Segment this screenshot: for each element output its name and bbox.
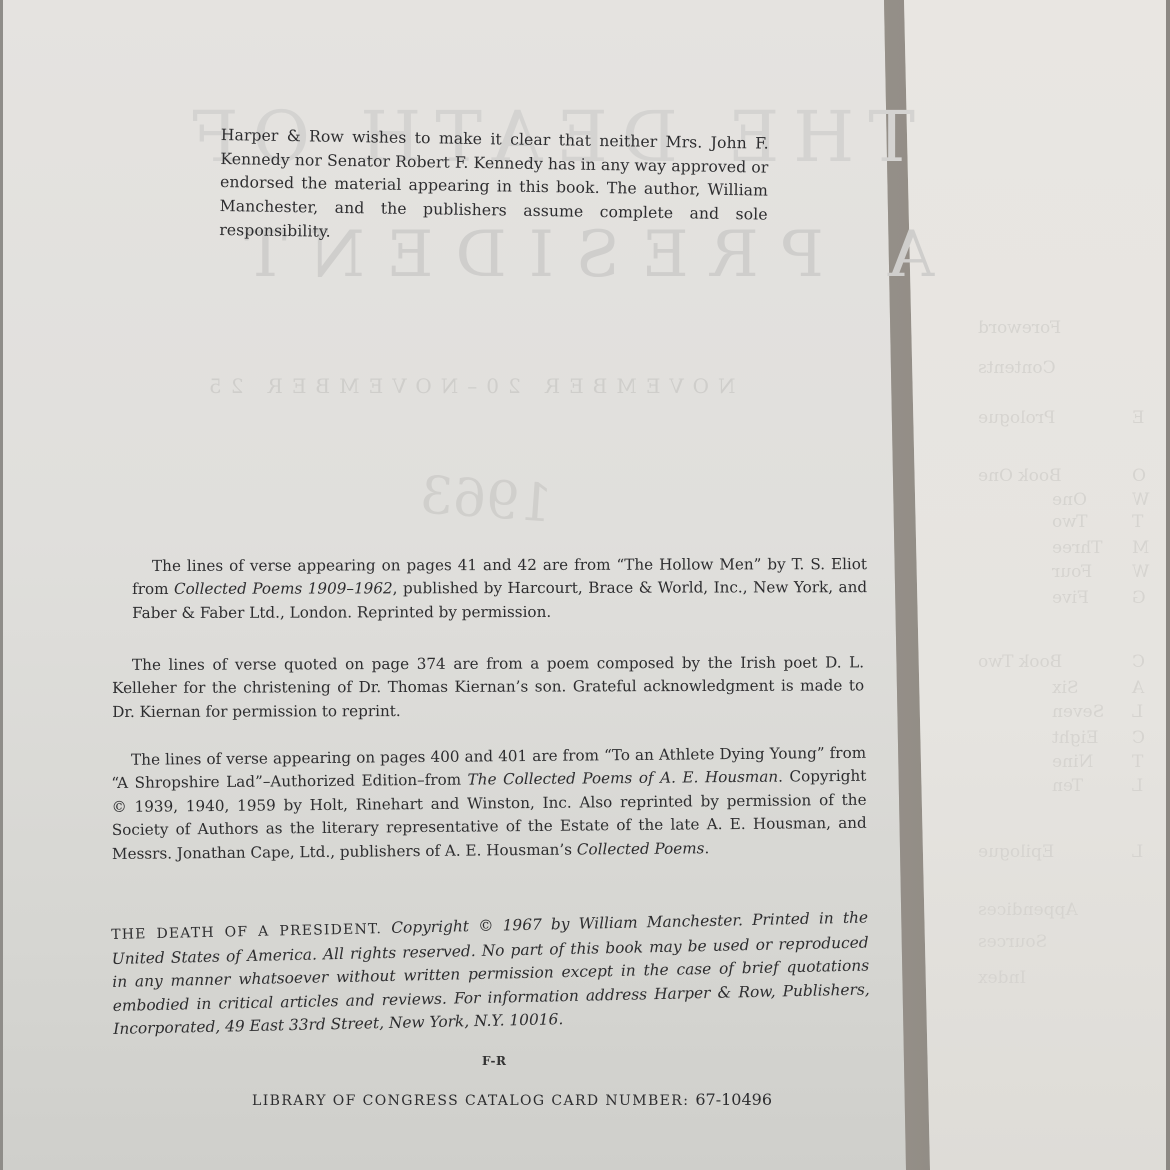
bleed-through-contents-item: Five <box>1052 588 1089 608</box>
credit-eliot-book: Collected Poems 1909–1962 <box>174 580 393 599</box>
bleed-through-contents-title: O <box>1132 466 1146 486</box>
bleed-through-contents-item: One <box>1052 490 1087 510</box>
bleed-through-contents-item: Foreword <box>978 318 1061 338</box>
bleed-through-contents-item: Three <box>1052 538 1103 558</box>
library-of-congress-number: LIBRARY OF CONGRESS CATALOG CARD NUMBER:… <box>252 1090 772 1109</box>
publisher-disclaimer: Harper & Row wishes to make it clear tha… <box>219 124 769 251</box>
bleed-through-contents-item: Appendices <box>978 900 1078 920</box>
lccn-label: LIBRARY OF CONGRESS CATALOG CARD NUMBER: <box>252 1093 689 1109</box>
bleed-through-contents-item: Book One <box>978 466 1062 486</box>
credit-housman: The lines of verse appearing on pages 40… <box>111 742 867 866</box>
bleed-through-contents-item: Index <box>978 968 1026 988</box>
bleed-through-contents-title: M <box>1132 538 1149 558</box>
bleed-through-contents-title: T <box>1132 512 1143 532</box>
copyright-book-title: THE DEATH OF A PRESIDENT. <box>111 921 382 943</box>
bleed-through-contents-title: W <box>1132 562 1149 582</box>
bleed-through-contents-title: L <box>1132 776 1143 796</box>
credit-kelleher-text: The lines of verse quoted on page 374 ar… <box>112 654 864 721</box>
printing-code: F-R <box>482 1054 506 1068</box>
credit-kelleher: The lines of verse quoted on page 374 ar… <box>112 652 864 725</box>
bleed-through-contents-item: Two <box>1052 512 1088 532</box>
bleed-through-contents-item: Contents <box>978 358 1056 378</box>
bleed-through-contents-item: Six <box>1052 678 1079 698</box>
right-page-edge <box>1166 0 1170 1170</box>
copyright-notice: THE DEATH OF A PRESIDENT. Copyright © 19… <box>111 907 870 1042</box>
left-page-edge <box>0 0 3 1170</box>
bleed-through-contents-title: W <box>1132 490 1149 510</box>
bleed-through-contents-title: G <box>1132 588 1146 608</box>
bleed-through-contents-item: Four <box>1052 562 1092 582</box>
bleed-through-contents-item: Eight <box>1052 728 1099 748</box>
bleed-through-contents-title: C <box>1132 652 1145 672</box>
credit-housman-book-1: The Collected Poems of A. E. Housman <box>468 768 779 789</box>
credit-eliot: The lines of verse appearing on pages 41… <box>132 553 867 625</box>
bleed-through-contents-item: Epilogue <box>978 842 1054 862</box>
bleed-through-contents-item: Ten <box>1052 776 1083 796</box>
credit-housman-text-3: . <box>704 839 709 857</box>
bleed-through-contents-title: L <box>1132 702 1143 722</box>
bleed-through-contents-title: C <box>1132 728 1145 748</box>
bleed-through-contents-title: T <box>1132 752 1143 772</box>
bleed-through-contents-item: Prologue <box>978 408 1055 428</box>
bleed-through-contents-title: L <box>1132 842 1143 862</box>
bleed-through-contents-title: E <box>1132 408 1144 428</box>
bleed-through-contents-item: Sources <box>978 932 1047 952</box>
bleed-through-contents-item: Seven <box>1052 702 1104 722</box>
lccn-number: 67-10496 <box>695 1090 772 1109</box>
credit-housman-book-2: Collected Poems <box>577 839 705 858</box>
bleed-through-contents-item: Book Two <box>978 652 1062 672</box>
bleed-through-contents-item: Nine <box>1052 752 1093 772</box>
bleed-through-contents-title: A <box>1132 678 1144 698</box>
